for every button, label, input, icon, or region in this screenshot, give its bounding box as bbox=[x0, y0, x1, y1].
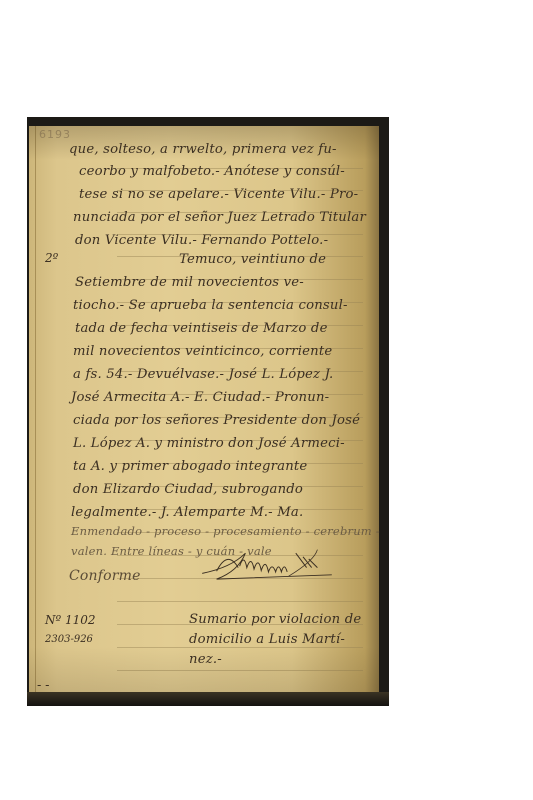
text-line: a fs. 54.- Devuélvase.- José L. López J. bbox=[29, 365, 379, 387]
text-line: José Armecita A.- E. Ciudad.- Pronun- bbox=[29, 388, 379, 410]
text-line: Temuco, veintiuno de bbox=[29, 250, 379, 272]
text-line: L. López A. y ministro don José Armeci- bbox=[29, 434, 379, 456]
text-line: nez.- bbox=[29, 650, 379, 672]
text-line: ceorbo y malfobeto.- Anótese y consúl- bbox=[29, 162, 379, 184]
text-line: domicilio a Luis Martí- bbox=[29, 630, 379, 652]
scanned-ledger: 6193 que, solteso, a rrwelto, primera ve… bbox=[27, 117, 389, 706]
text-line: tese si no se apelare.- Vicente Vilu.- P… bbox=[29, 185, 379, 207]
text-line: Setiembre de mil novecientos ve- bbox=[29, 273, 379, 295]
text-line: ta A. y primer abogado integrante bbox=[29, 457, 379, 479]
text-line: tada de fecha veintiseis de Marzo de bbox=[29, 319, 379, 341]
page-bottom-shadow bbox=[27, 692, 389, 706]
text-line: tiocho.- Se aprueba la sentencia consul- bbox=[29, 296, 379, 318]
text-line: mil novecientos veinticinco, corriente bbox=[29, 342, 379, 364]
text-line: Enmendado - proceso - procesamiento - ce… bbox=[29, 522, 379, 544]
ledger-page: 6193 que, solteso, a rrwelto, primera ve… bbox=[29, 126, 379, 692]
text-line: ciada por los señores Presidente don Jos… bbox=[29, 411, 379, 433]
signature-scrawl bbox=[157, 546, 377, 582]
margin-dash-mark: - - bbox=[37, 678, 49, 692]
text-line: Sumario por violacion de bbox=[29, 610, 379, 632]
ruled-line bbox=[117, 601, 363, 602]
text-line: don Elizardo Ciudad, subrogando bbox=[29, 480, 379, 502]
text-line: que, solteso, a rrwelto, primera vez fu- bbox=[29, 140, 379, 162]
text-line: nunciada por el señor Juez Letrado Titul… bbox=[29, 208, 379, 230]
